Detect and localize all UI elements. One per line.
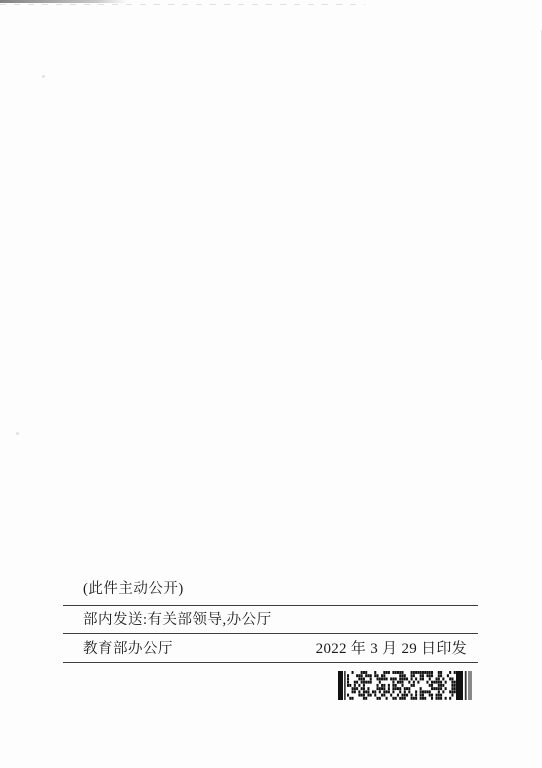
scan-artifact-top-smudge (0, 0, 128, 3)
scan-speck (16, 432, 19, 435)
document-page: (此件主动公开) 部内发送:有关部领导,办公厅 教育部办公厅 2022 年 3 … (0, 0, 542, 768)
document-footer: (此件主动公开) 部内发送:有关部领导,办公厅 教育部办公厅 2022 年 3 … (63, 580, 478, 700)
publicity-note: (此件主动公开) (63, 580, 478, 606)
issuer-row: 教育部办公厅 2022 年 3 月 29 日印发 (63, 634, 478, 663)
scan-speck (42, 75, 45, 78)
scan-artifact-top-dotline (0, 4, 365, 5)
distribution-line: 部内发送:有关部领导,办公厅 (63, 606, 478, 634)
print-date: 2022 年 3 月 29 日印发 (316, 641, 467, 657)
barcode-row (63, 671, 478, 700)
issuing-office: 教育部办公厅 (83, 641, 173, 657)
pdf417-barcode-icon (338, 671, 481, 700)
